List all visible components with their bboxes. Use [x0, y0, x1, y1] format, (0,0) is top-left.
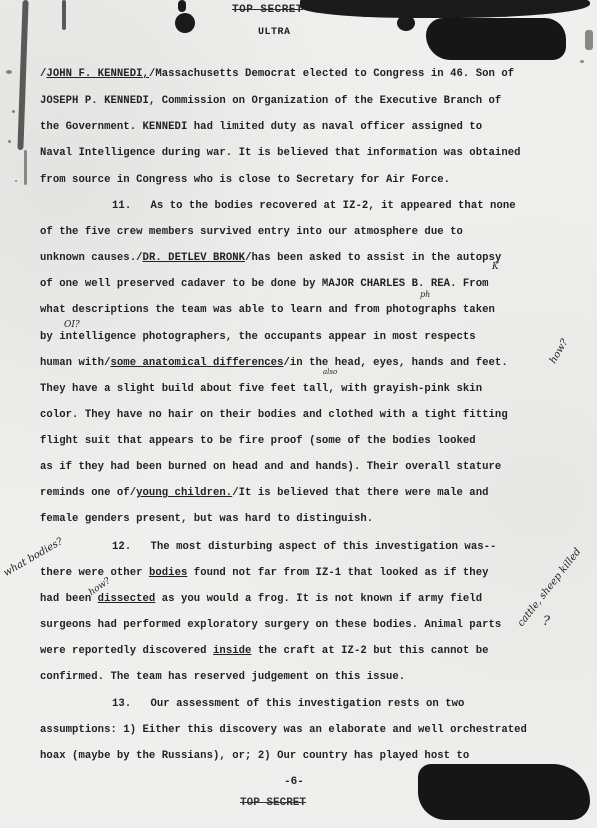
- intro-line-4: Naval Intelligence during war. It is bel…: [40, 147, 521, 159]
- intro-line-5: from source in Congress who is close to …: [40, 174, 450, 186]
- word-underlined: inside: [213, 645, 251, 657]
- intro-line-3: the Government. KENNEDI had limited duty…: [40, 121, 482, 133]
- p12-line-4: surgeons had performed exploratory surge…: [40, 619, 501, 631]
- p11-line-12: reminds one of/young children./It is bel…: [40, 487, 489, 499]
- scan-streak: [24, 150, 27, 185]
- p11-line-6: by intelligence photographers, the occup…: [40, 331, 476, 343]
- document-page: TOP SECRET ULTRA /JOHN F. KENNEDI,/Massa…: [0, 0, 597, 828]
- scan-streak: [17, 0, 28, 150]
- p11-line-4: of one well preserved cadaver to be done…: [40, 278, 489, 290]
- p12-line-5: were reportedly discovered inside the cr…: [40, 645, 489, 657]
- scan-speck: [8, 140, 11, 143]
- paragraph-number: 12.: [112, 541, 131, 553]
- phrase-underlined: some anatomical differences: [110, 357, 283, 369]
- punch-hole: [175, 13, 195, 33]
- page-number: -6-: [284, 776, 304, 788]
- punch-hole: [178, 0, 186, 12]
- scan-speck: [580, 60, 584, 63]
- redaction-block: [426, 18, 566, 60]
- intro-line-2: JOSEPH P. KENNEDI, Commission on Organiz…: [40, 95, 501, 107]
- p12-line-6: confirmed. The team has reserved judgeme…: [40, 671, 405, 683]
- word-underlined: dissected: [98, 593, 156, 605]
- p13-line-1: 13. Our assessment of this investigation…: [112, 698, 464, 710]
- p13-line-3: hoax (maybe by the Russians), or; 2) Our…: [40, 750, 469, 762]
- classification-top: TOP SECRET: [232, 4, 303, 16]
- paragraph-number: 11.: [112, 200, 131, 212]
- name-underlined: DR. DETLEV BRONK: [143, 252, 246, 264]
- handwritten-note: OI?: [64, 320, 80, 330]
- p11-line-9: color. They have no hair on their bodies…: [40, 409, 508, 421]
- p11-line-7: human with/some anatomical differences/i…: [40, 357, 508, 369]
- scan-streak: [62, 0, 66, 30]
- handwritten-question-mark: ?: [543, 614, 550, 629]
- p11-line-13: female genders present, but was hard to …: [40, 513, 373, 525]
- handwritten-note: also: [323, 368, 337, 376]
- name-underlined: JOHN F. KENNEDI,: [46, 68, 149, 80]
- paragraph-number: 13.: [112, 698, 131, 710]
- word-underlined: bodies: [149, 567, 187, 579]
- p13-line-2: assumptions: 1) Either this discovery wa…: [40, 724, 527, 736]
- p11-line-1: 11. As to the bodies recovered at IZ-2, …: [112, 200, 516, 212]
- codeword-label: ULTRA: [258, 27, 291, 38]
- scan-speck: [6, 70, 12, 74]
- p11-line-3: unknown causes./DR. DETLEV BRONK/has bee…: [40, 252, 501, 264]
- handwritten-note: how?: [548, 337, 571, 365]
- p12-line-3: had been dissected as you would a frog. …: [40, 593, 482, 605]
- handwritten-note: ph: [420, 290, 430, 299]
- scan-speck: [12, 110, 15, 113]
- ink-blot: [397, 15, 415, 31]
- p11-line-5: what descriptions the team was able to l…: [40, 304, 495, 316]
- p11-line-10: flight suit that appears to be fire proo…: [40, 435, 476, 447]
- redaction-block-bottom: [418, 764, 590, 820]
- p11-line-11: as if they had been burned on head and a…: [40, 461, 501, 473]
- handwritten-correction: K: [492, 262, 499, 272]
- p11-line-8: They have a slight build about five feet…: [40, 383, 482, 395]
- p11-line-2: of the five crew members survived entry …: [40, 226, 463, 238]
- intro-line-1: /JOHN F. KENNEDI,/Massachusetts Democrat…: [40, 68, 514, 80]
- scan-speck: [15, 180, 17, 182]
- redaction-top: [300, 0, 590, 18]
- scan-speck: [585, 30, 593, 50]
- classification-bottom: TOP SECRET: [240, 797, 306, 809]
- phrase-underlined: young children.: [136, 487, 232, 499]
- p12-line-1: 12. The most disturbing aspect of this i…: [112, 541, 496, 553]
